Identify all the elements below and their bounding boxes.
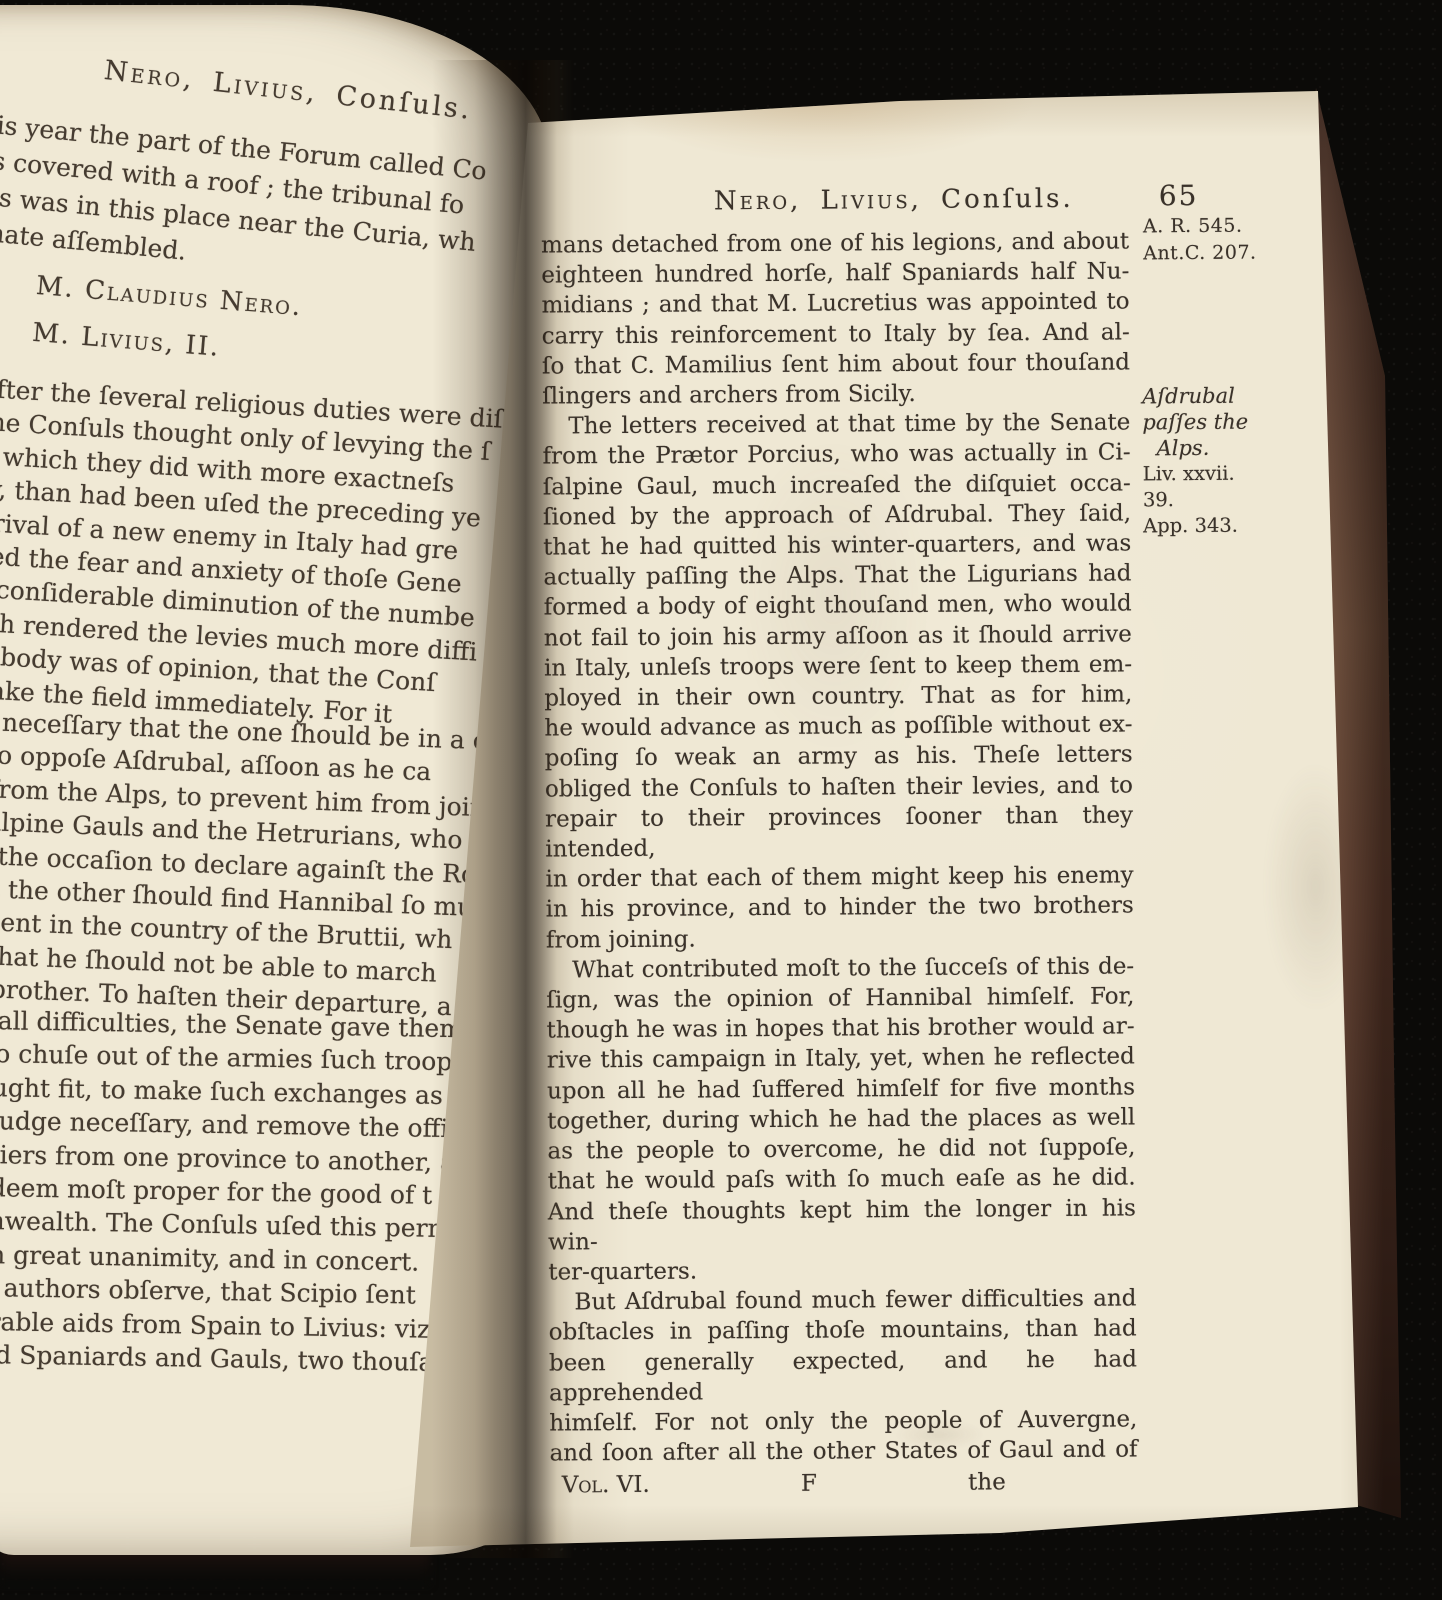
text-line: that he would paſs with ſo much eaſe as … <box>548 1163 1136 1197</box>
text-line: paſſes the <box>1142 409 1248 436</box>
text-line: that he had quitted his winter-quarters,… <box>543 528 1131 562</box>
margin-note-references: Liv. xxvii.39.App. 343. <box>1143 461 1249 540</box>
paragraph-4: But Aſdrubal found much fewer difficulti… <box>548 1284 1137 1469</box>
text-line: upon all he had ſuffered himſelf for fiv… <box>547 1072 1135 1106</box>
right-page-content: Nero, Livius, Conſuls. 65 mans detached … <box>400 81 1420 1563</box>
text-line: mans detached from one of his legions, a… <box>541 226 1129 260</box>
text-line: from the Prætor Porcius, who was actuall… <box>542 438 1130 472</box>
paragraph-3: What contributed moſt to the ſucceſs of … <box>546 951 1136 1287</box>
text-line: ſign, was the opinion of Hannibal himſel… <box>546 981 1134 1015</box>
header-names: Nero, Livius, <box>103 55 320 109</box>
text-line: Ant.C. 207. <box>1143 240 1257 268</box>
right-page: Nero, Livius, Conſuls. 65 mans detached … <box>400 85 1410 1560</box>
margin-note-year: A. R. 545.Ant.C. 207. <box>1143 213 1257 268</box>
text-line: 39. <box>1143 487 1249 514</box>
text-line: A. R. 545. <box>1143 213 1257 241</box>
left-consul-names: M. Claudius Nero. M. Livius, II. <box>30 263 304 378</box>
text-line: been generally expected, and he had appr… <box>549 1344 1137 1409</box>
text-line: What contributed moſt to the ſucceſs of … <box>546 951 1134 985</box>
text-line: The letters received at that time by the… <box>542 408 1130 442</box>
text-line: he would advance as much as poſſible wit… <box>544 710 1132 744</box>
text-line: from joining. <box>546 921 1134 955</box>
paragraph-2: The letters received at that time by the… <box>542 408 1134 956</box>
paragraph-1: mans detached from one of his legions, a… <box>541 226 1130 411</box>
left-body-upper: After the ſeveral religious duties were … <box>0 369 504 736</box>
volume-label: Vol. VI. <box>562 1472 650 1499</box>
text-line: ployed in their own country. That as for… <box>544 679 1132 713</box>
book-photo: Nero, Livius, Conſuls. This year the par… <box>0 0 1442 1600</box>
gathering-signature: F <box>801 1471 817 1497</box>
text-line: ſlingers and archers from Sicily. <box>542 377 1130 411</box>
text-line: in Italy, unleſs troops were ſent to kee… <box>544 649 1132 683</box>
catchword: the <box>968 1470 1006 1496</box>
text-line: actually paſſing the Alps. That the Ligu… <box>543 559 1131 593</box>
margin-note-italic: Aſdrubalpaſſes theAlps. <box>1142 383 1248 462</box>
text-line: Liv. xxvii. <box>1143 461 1249 488</box>
text-line: Alps. <box>1142 435 1248 462</box>
text-line: formed a body of eight thouſand men, who… <box>544 589 1132 623</box>
text-line: together, during which he had the places… <box>547 1102 1135 1136</box>
right-running-header: Nero, Livius, Conſuls. <box>541 183 1189 218</box>
text-line: in order that each of them might keep hi… <box>545 861 1133 895</box>
text-line: Aſdrubal <box>1142 383 1248 410</box>
text-line: and ſoon after all the other States of G… <box>549 1435 1137 1469</box>
left-running-header: Nero, Livius, Conſuls. <box>103 55 474 126</box>
text-line: repair to their provinces ſooner than th… <box>545 800 1133 865</box>
text-line: poſing ſo weak an army as his. Theſe let… <box>545 740 1133 774</box>
text-line: himſelf. For not only the people of Auve… <box>549 1404 1137 1438</box>
text-line: obliged the Conſuls to haſten their levi… <box>545 770 1133 804</box>
left-body-middle: dged neceſſary that the one ſhould be in… <box>0 703 506 1025</box>
text-line: ſioned by the approach of Aſdrubal. They… <box>543 498 1131 532</box>
text-line: though he was in hopes that his brother … <box>546 1012 1134 1046</box>
text-line: App. 343. <box>1143 513 1249 540</box>
page-number: 65 <box>1159 179 1199 212</box>
text-line: in his province, and to hinder the two b… <box>546 891 1134 925</box>
header-word: Conſuls. <box>335 80 474 126</box>
text-line: eighteen hundred horſe, half Spaniards h… <box>541 257 1129 291</box>
text-line: not fail to join his army aſſoon as it ſ… <box>544 619 1132 653</box>
text-line: obſtacles in paſſing thoſe mountains, th… <box>549 1314 1137 1348</box>
text-line: as the people to overcome, he did not ſu… <box>547 1133 1135 1167</box>
text-line: ter-quarters. <box>548 1253 1136 1287</box>
text-line: But Aſdrubal found much fewer difficulti… <box>548 1284 1136 1318</box>
header-names: Nero, Livius, <box>714 185 922 216</box>
text-line: rive this campaign in Italy, yet, when h… <box>547 1042 1135 1076</box>
text-line: carry this reinforcement to Italy by ſea… <box>542 317 1130 351</box>
header-word: Conſuls. <box>941 184 1074 215</box>
text-line: ſo that C. Mamilius ſent him about four … <box>542 347 1130 381</box>
text-line: midians ; and that M. Lucretius was appo… <box>541 287 1129 321</box>
text-line: ſalpine Gaul, much increaſed the diſquie… <box>543 468 1131 502</box>
text-line: And theſe thoughts kept him the longer i… <box>548 1193 1136 1258</box>
signature-line: Vol. VI. F the <box>550 1465 1138 1499</box>
margin-note-side: Aſdrubalpaſſes theAlps. Liv. xxvii.39.Ap… <box>1142 383 1249 540</box>
right-text-column: mans detached from one of his legions, a… <box>541 226 1138 1498</box>
